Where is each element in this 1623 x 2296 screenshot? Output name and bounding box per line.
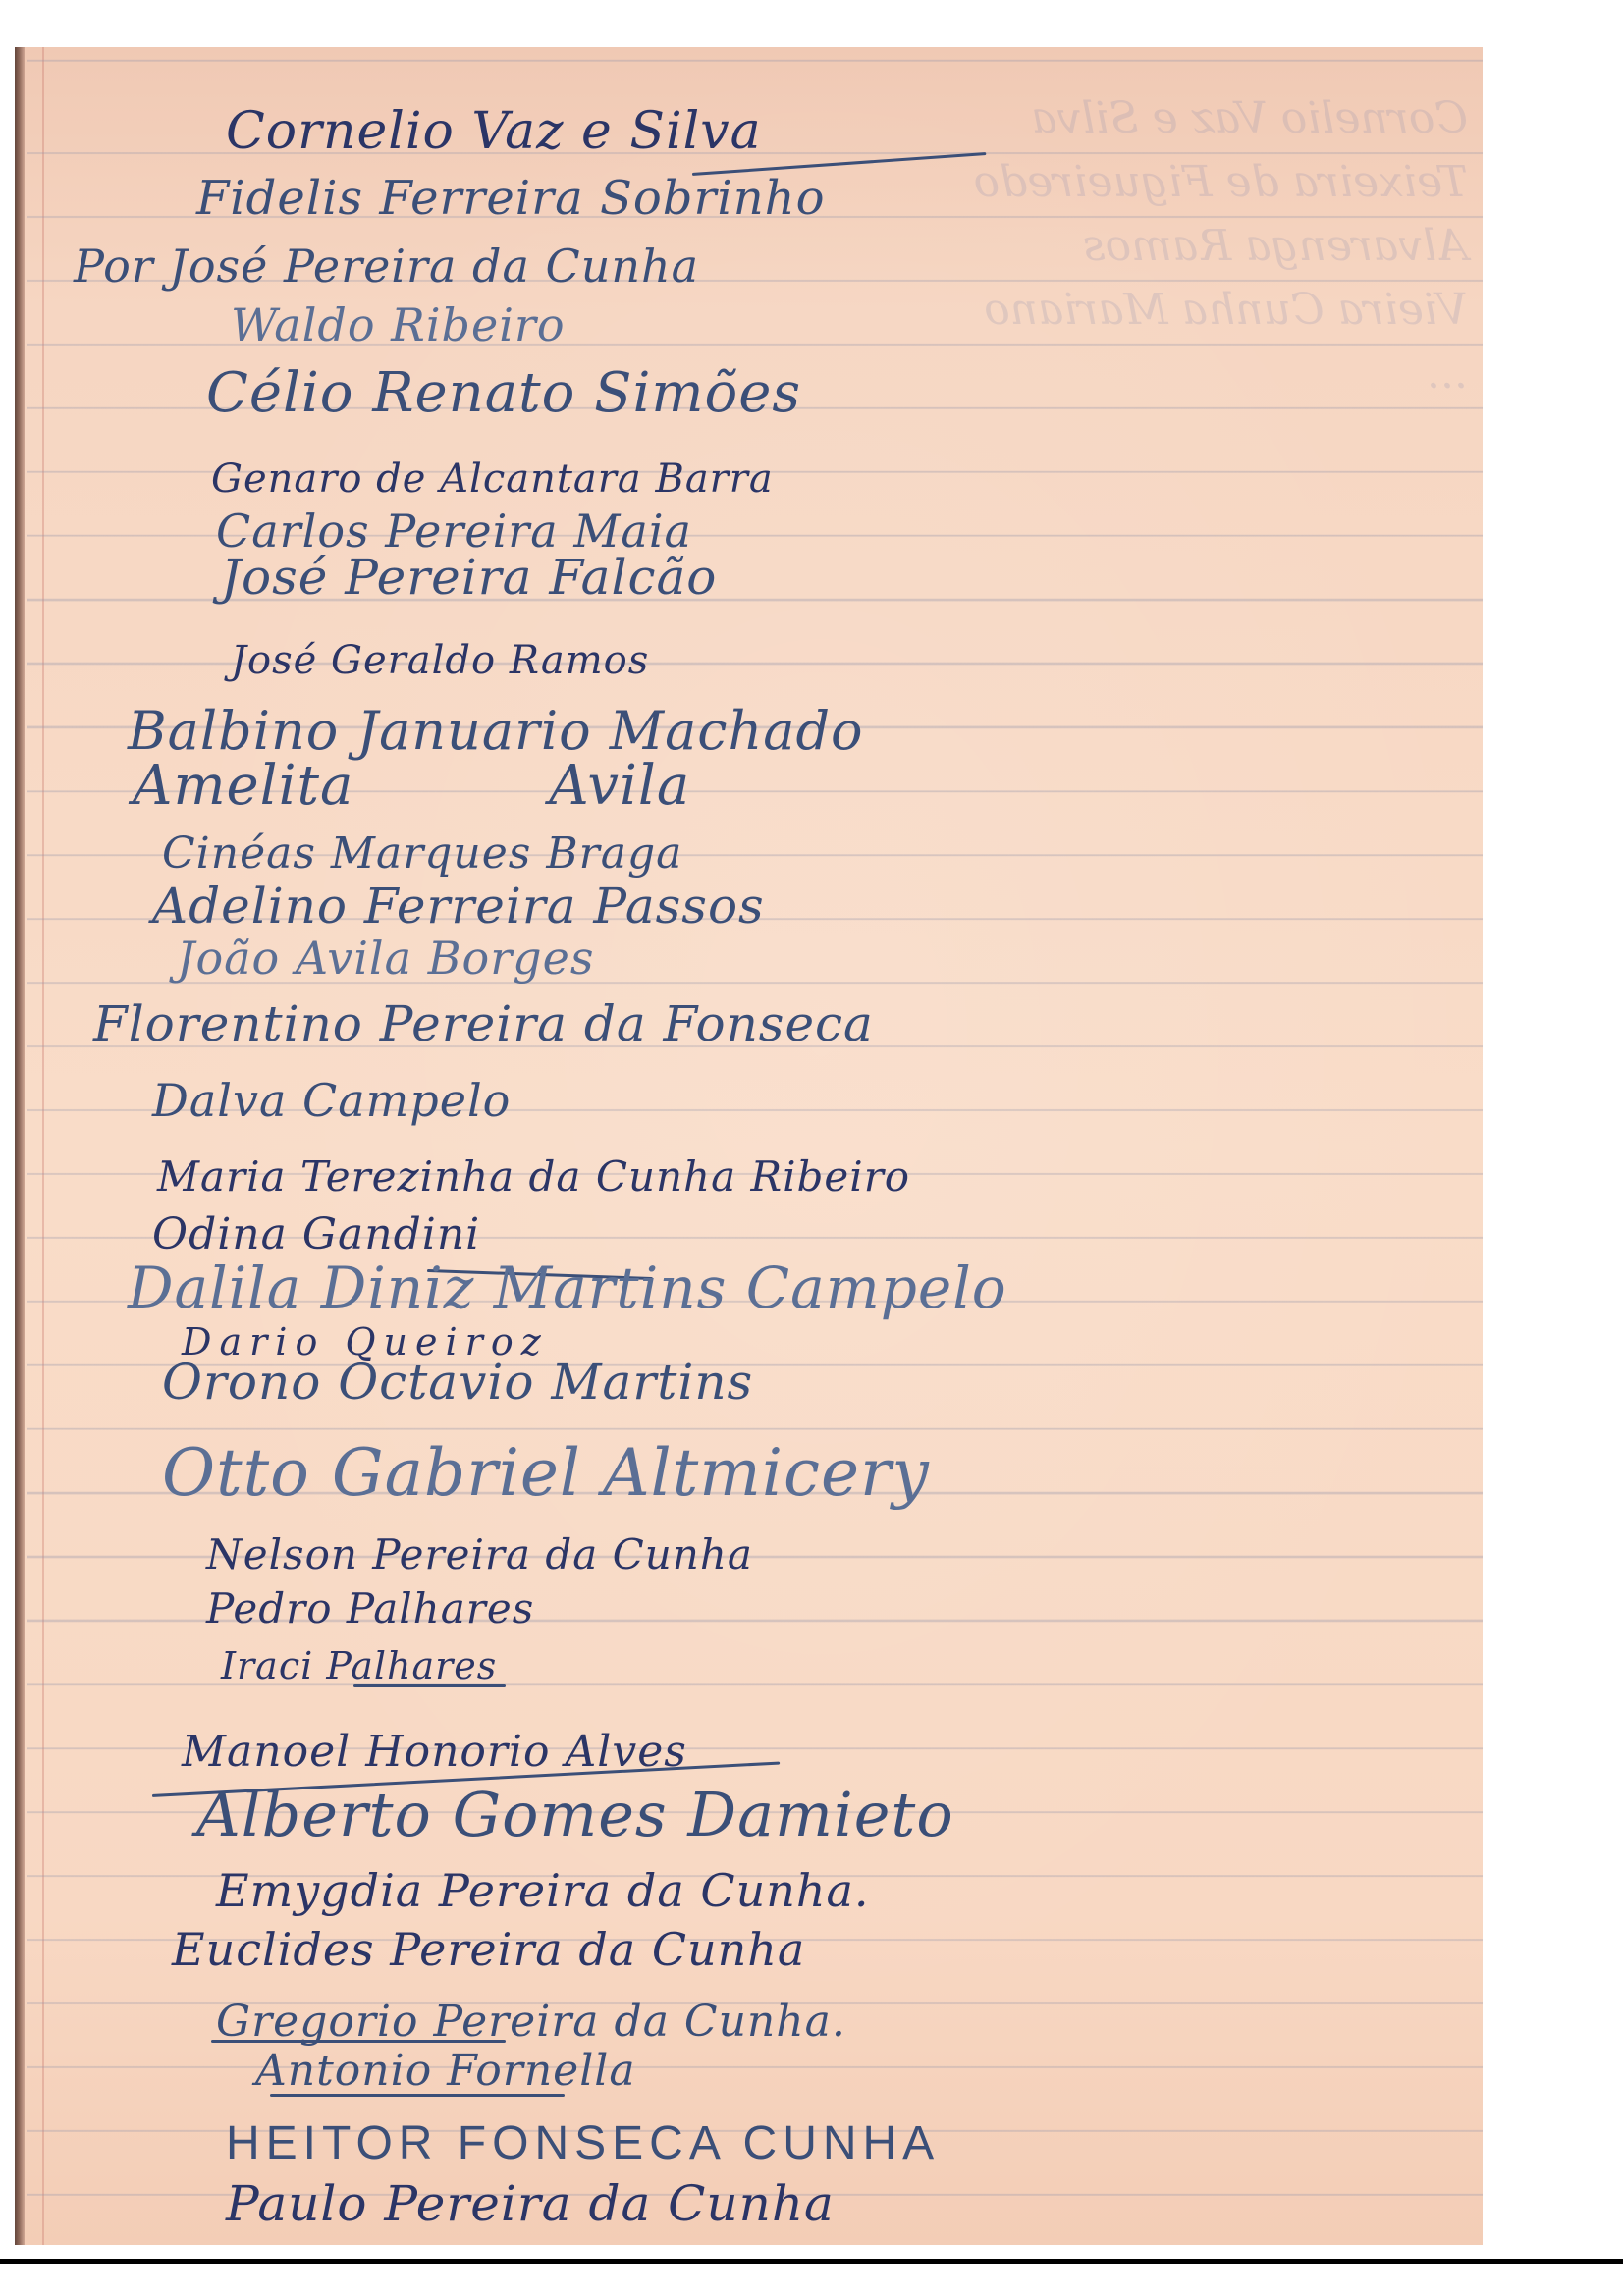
signature: Antonio Fornella	[255, 2050, 636, 2093]
signature-flourish	[353, 1684, 506, 1687]
bottom-border-rule	[0, 2259, 1623, 2264]
signature: Cornelio Vaz e Silva	[226, 106, 762, 157]
signature-flourish	[270, 2094, 565, 2097]
ledger-page: Cornelio Vaz e Silva Teixeira de Figueir…	[15, 47, 1483, 2245]
signature: Dalila Diniz Martins Campelo	[128, 1259, 1007, 1316]
signature: Carlos Pereira Maia	[216, 508, 692, 554]
signature: Euclides Pereira da Cunha	[172, 1927, 805, 1972]
signature: Waldo Ribeiro	[231, 302, 566, 347]
signature: Manoel Honorio Alves	[182, 1731, 687, 1774]
signature: Por José Pereira da Cunha	[74, 243, 699, 289]
signature: João Avila Borges	[177, 935, 594, 981]
signature: Fidelis Ferreira Sobrinho	[196, 175, 825, 222]
signature: Florentino Pereira da Fonseca	[93, 999, 874, 1048]
signature: Iraci Palhares	[221, 1647, 497, 1684]
signature-list: Cornelio Vaz e Silva Fidelis Ferreira So…	[15, 47, 1483, 2245]
signature: Paulo Pereira da Cunha	[226, 2179, 835, 2228]
signature: Amelita Avila	[133, 759, 690, 814]
signature: Gregorio Pereira da Cunha.	[216, 2001, 846, 2044]
signature: Orono Octavio Martins	[162, 1358, 753, 1407]
signature: Pedro Palhares	[206, 1588, 534, 1629]
signature-flourish	[211, 2040, 506, 2043]
signature: Genaro de Alcantara Barra	[211, 459, 774, 499]
signature: HEITOR FONSECA CUNHA	[226, 2120, 940, 2167]
signature: José Pereira Falcão	[221, 553, 717, 602]
signature: Célio Renato Simões	[206, 366, 801, 421]
signature: Emygdia Pereira da Cunha.	[216, 1868, 870, 1913]
signature: Maria Terezinha da Cunha Ribeiro	[157, 1156, 910, 1198]
signature: José Geraldo Ramos	[231, 641, 649, 680]
signature: Balbino Januario Machado	[128, 705, 864, 758]
signature: Adelino Ferreira Passos	[152, 881, 765, 931]
signature: Nelson Pereira da Cunha	[206, 1534, 753, 1575]
signature: Cinéas Marques Braga	[162, 832, 682, 876]
signature: Dalva Campelo	[152, 1078, 511, 1123]
signature: Odina Gandini	[152, 1213, 480, 1256]
signature: Otto Gabriel Altmicery	[162, 1441, 930, 1506]
signature: Alberto Gomes Damieto	[196, 1785, 954, 1845]
